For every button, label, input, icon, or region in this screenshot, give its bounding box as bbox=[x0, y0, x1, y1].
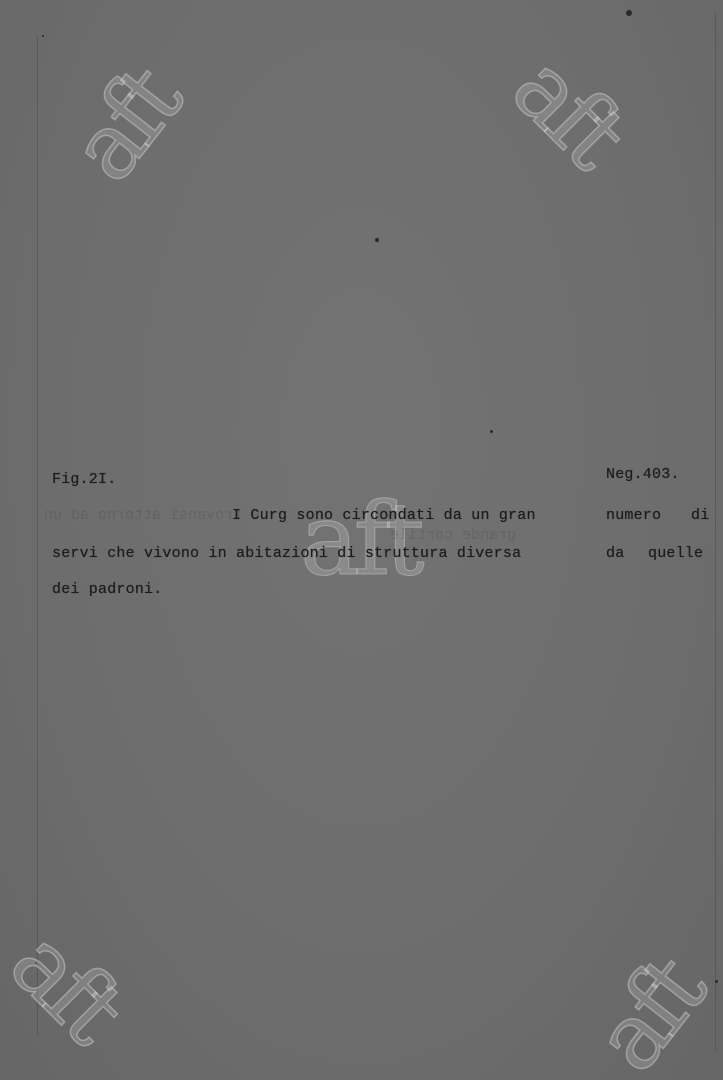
caption-line-1: I Curg sono circondati da un gran bbox=[232, 507, 536, 524]
caption-line-1-word: numero bbox=[606, 507, 661, 524]
caption-line-2-word: da bbox=[606, 545, 624, 562]
dust-speck bbox=[375, 238, 379, 242]
watermark-bottom-right: aft bbox=[580, 945, 719, 1080]
watermark-top-left: aft bbox=[56, 55, 195, 197]
watermark-top-right: aft bbox=[497, 40, 638, 181]
caption-line-3: dei padroni. bbox=[52, 581, 162, 598]
dust-speck bbox=[626, 10, 632, 16]
dust-speck bbox=[42, 35, 44, 37]
dust-speck bbox=[715, 980, 718, 983]
dust-speck bbox=[490, 430, 493, 433]
bleed-through-text-line2: grande cortile bbox=[390, 527, 516, 544]
caption-line-2: servi che vivono in abitazioni di strutt… bbox=[52, 545, 521, 562]
caption-line-1-word: di bbox=[691, 507, 709, 524]
negative-number: Neg.403. bbox=[606, 466, 680, 483]
figure-number: Fig.2I. bbox=[52, 471, 116, 488]
watermark-bottom-left: aft bbox=[0, 915, 136, 1056]
caption-line-2-word: quelle bbox=[648, 545, 703, 562]
bleed-through-text-line1: e trovansi attorno ad un bbox=[44, 507, 260, 524]
scanned-document-page: aft aft aft aft aft e trovansi attorno a… bbox=[0, 0, 723, 1080]
right-page-edge bbox=[715, 12, 716, 1052]
dust-speck bbox=[35, 962, 37, 964]
left-page-edge bbox=[37, 36, 38, 1036]
